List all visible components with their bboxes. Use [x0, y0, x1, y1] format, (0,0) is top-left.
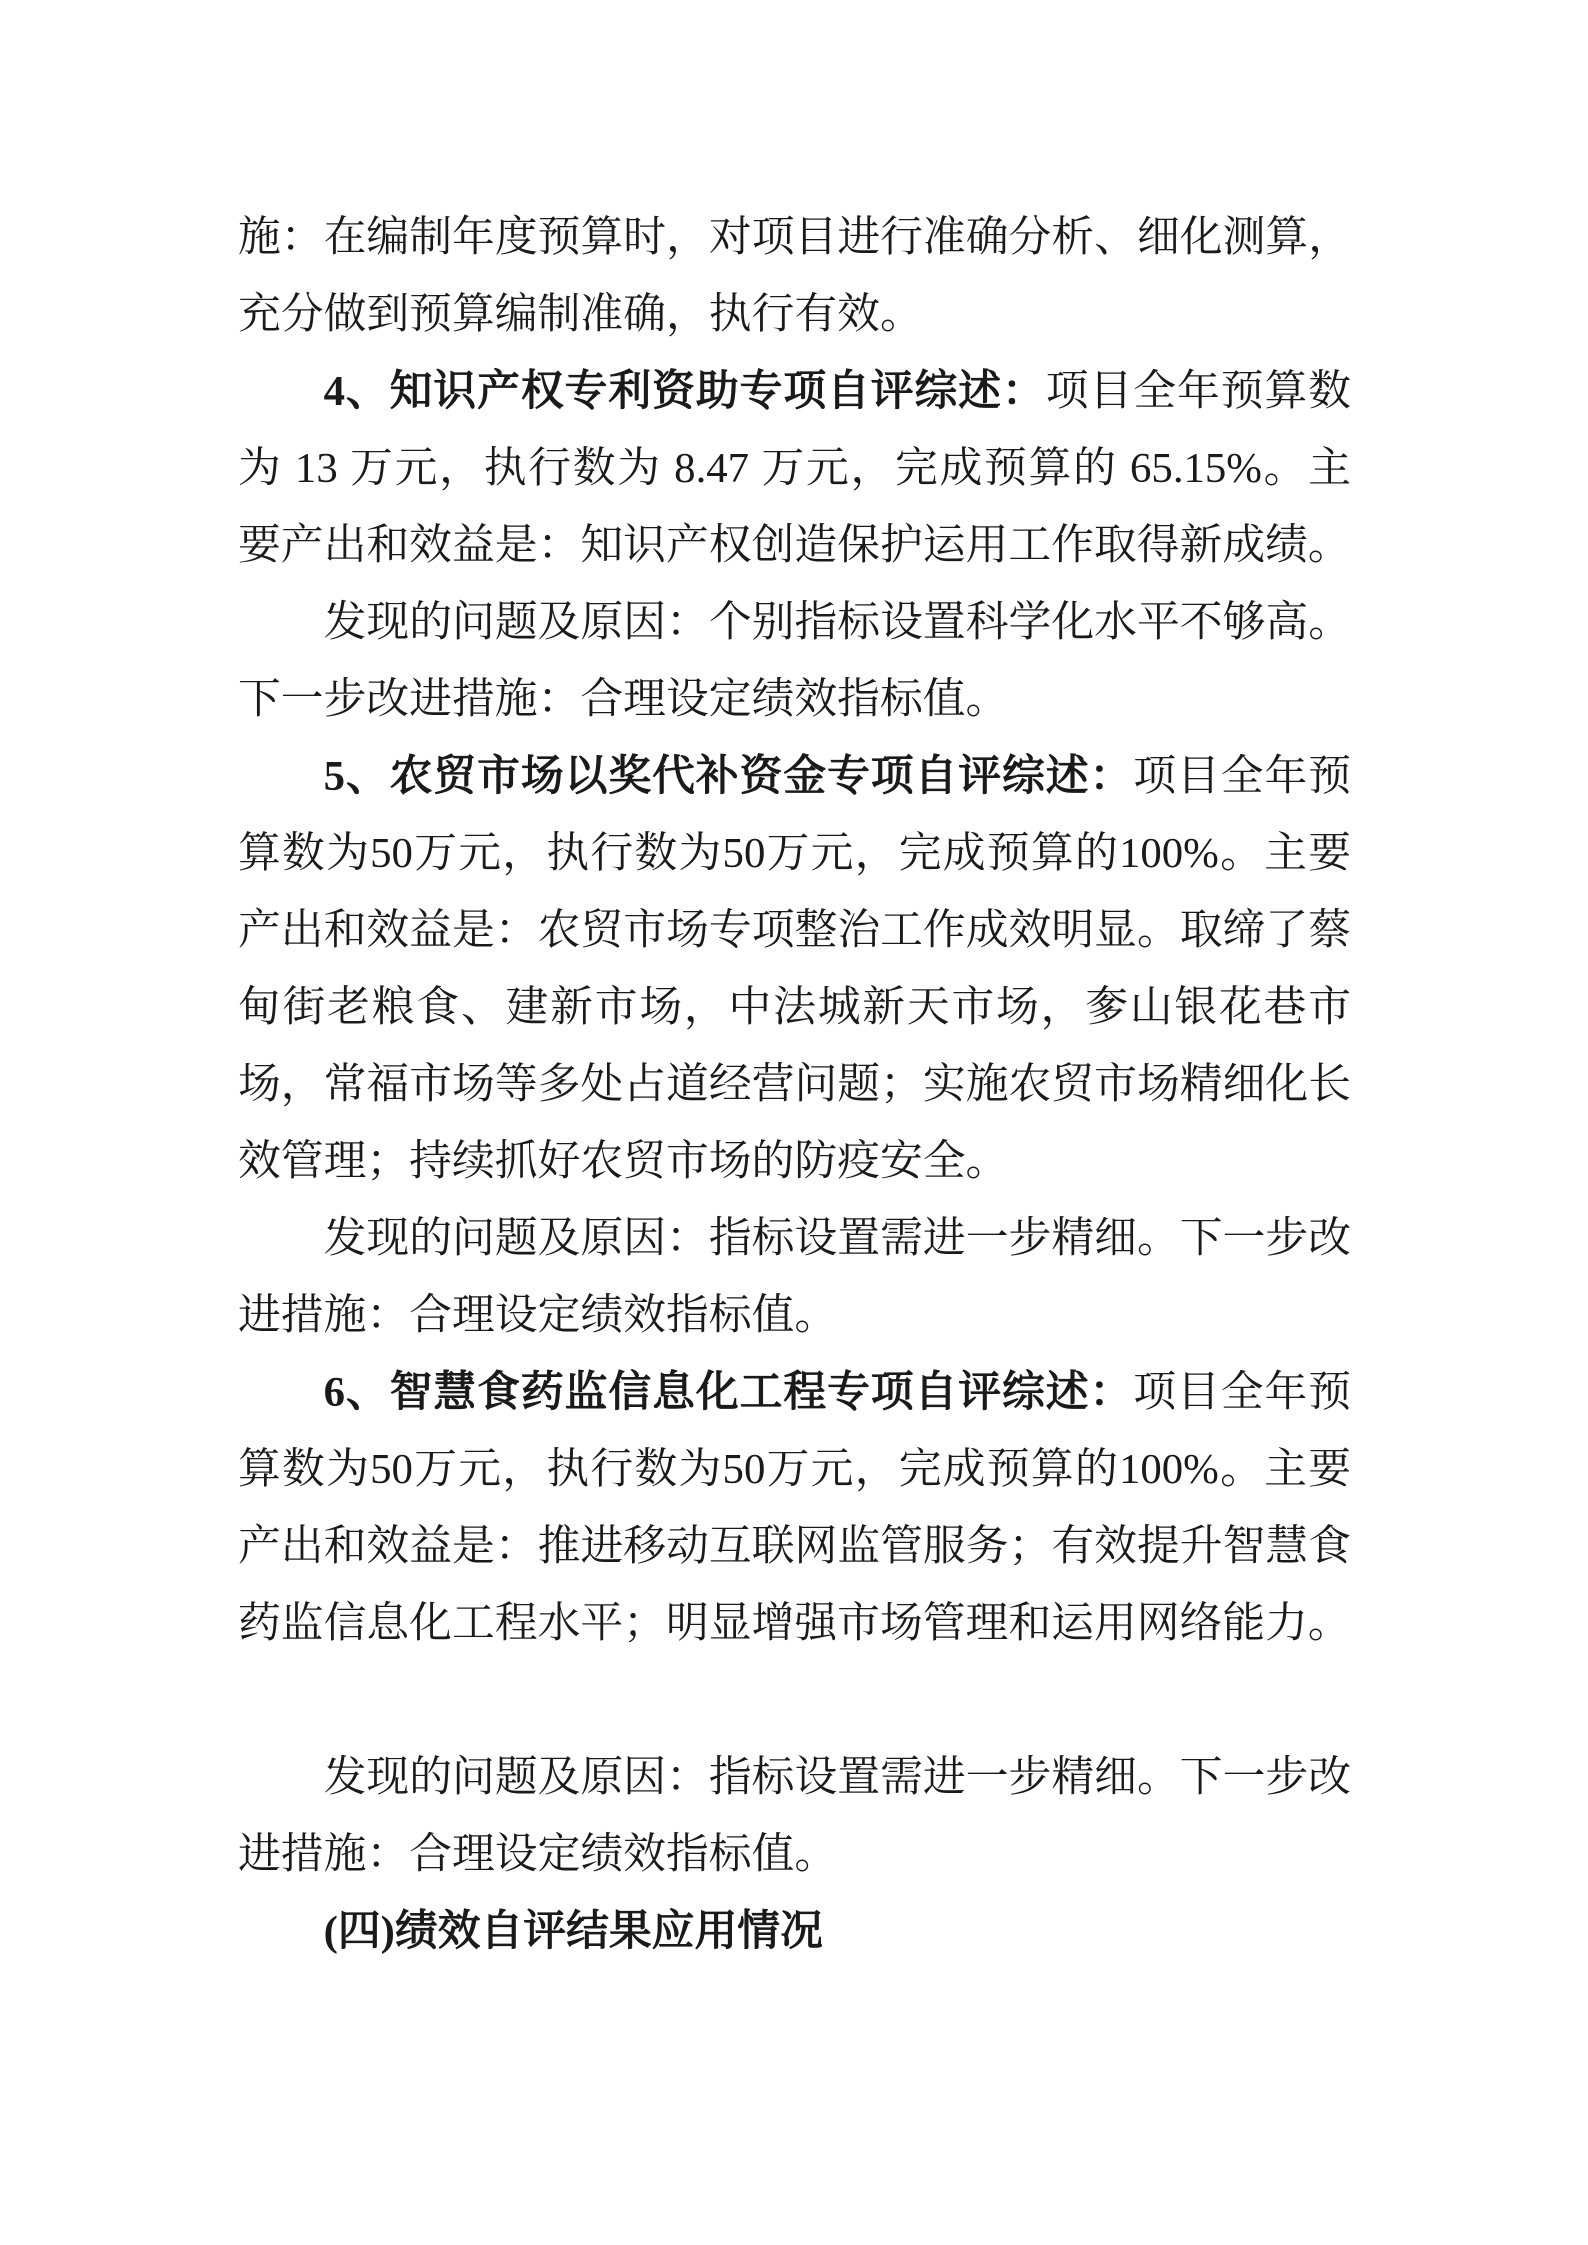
text-segment: 发现的问题及原因：指标设置需进一步精细。下一步改进措施：合理设定绩效指标值。	[238, 1754, 1351, 1878]
paragraph: 4、知识产权专利资助专项自评综述：项目全年预算数为 13 万元，执行数为 8.4…	[238, 353, 1351, 584]
document-body: 施：在编制年度预算时，对项目进行准确分析、细化测算，充分做到预算编制准确，执行有…	[238, 199, 1351, 1970]
bold-text-segment: 5、农贸市场以奖代补资金专项自评综述：	[324, 753, 1134, 800]
text-segment: 施：在编制年度预算时，对项目进行准确分析、细化测算，充分做到预算编制准确，执行有…	[238, 214, 1351, 338]
paragraph: 施：在编制年度预算时，对项目进行准确分析、细化测算，充分做到预算编制准确，执行有…	[238, 199, 1351, 353]
paragraph: 5、农贸市场以奖代补资金专项自评综述：项目全年预算数为50万元，执行数为50万元…	[238, 738, 1351, 1200]
text-segment: 发现的问题及原因：指标设置需进一步精细。下一步改进措施：合理设定绩效指标值。	[238, 1215, 1351, 1339]
bold-text-segment: (四)绩效自评结果应用情况	[324, 1908, 823, 1955]
paragraph: 6、智慧食药监信息化工程专项自评综述：项目全年预算数为50万元，执行数为50万元…	[238, 1354, 1351, 1662]
blank-line	[238, 1662, 1351, 1739]
paragraph: 发现的问题及原因：指标设置需进一步精细。下一步改进措施：合理设定绩效指标值。	[238, 1200, 1351, 1354]
bold-text-segment: 4、知识产权专利资助专项自评综述：	[324, 368, 1046, 415]
paragraph: 发现的问题及原因：个别指标设置科学化水平不够高。下一步改进措施：合理设定绩效指标…	[238, 584, 1351, 738]
text-segment: 项目全年预算数为50万元，执行数为50万元，完成预算的100%。主要产出和效益是…	[238, 753, 1351, 1185]
paragraph: 发现的问题及原因：指标设置需进一步精细。下一步改进措施：合理设定绩效指标值。	[238, 1739, 1351, 1893]
bold-text-segment: 6、智慧食药监信息化工程专项自评综述：	[324, 1369, 1134, 1416]
document-page: 施：在编制年度预算时，对项目进行准确分析、细化测算，充分做到预算编制准确，执行有…	[0, 0, 1588, 2245]
section-heading: (四)绩效自评结果应用情况	[238, 1893, 1351, 1970]
text-segment: 发现的问题及原因：个别指标设置科学化水平不够高。下一步改进措施：合理设定绩效指标…	[238, 599, 1351, 723]
